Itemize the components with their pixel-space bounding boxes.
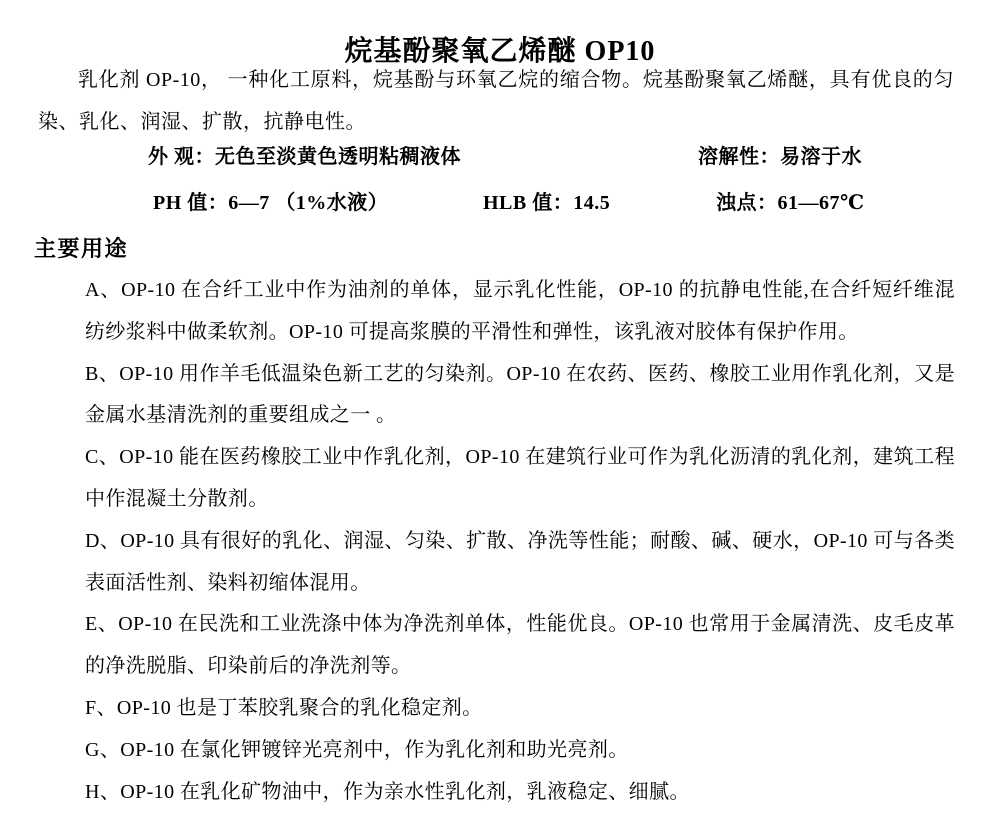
spec-solubility: 溶解性：易溶于水	[698, 140, 862, 169]
spec-cloud-point-value: 61—67℃	[778, 192, 865, 214]
uses-section-heading: 主要用途	[34, 232, 128, 263]
spec-cloud-point: 浊点：61—67℃	[716, 186, 864, 215]
specs-row-2: PH 值：6—7 （1%水液） HLB 值：14.5 浊点：61—67℃	[0, 186, 1000, 216]
spec-hlb-value: 14.5	[573, 192, 610, 214]
spec-hlb-label: HLB 值：	[483, 192, 573, 214]
use-item-f: F、OP-10 也是丁苯胶乳聚合的乳化稳定剂。	[85, 688, 955, 730]
use-item-c: C、OP-10 能在医药橡胶工业中作乳化剂，OP-10 在建筑行业可作为乳化沥清…	[85, 437, 955, 521]
specs-row-1: 外 观：无色至淡黄色透明粘稠液体 溶解性：易溶于水	[0, 140, 1000, 170]
spec-hlb: HLB 值：14.5	[483, 186, 610, 215]
spec-appearance: 外 观：无色至淡黄色透明粘稠液体	[148, 140, 461, 169]
uses-list: A、OP-10 在合纤工业中作为油剂的单体，显示乳化性能，OP-10 的抗静电性…	[85, 270, 955, 813]
use-item-h: H、OP-10 在乳化矿物油中，作为亲水性乳化剂，乳液稳定、细腻。	[85, 772, 955, 814]
spec-solubility-value: 易溶于水	[780, 146, 862, 168]
use-item-g: G、OP-10 在氯化钾镀锌光亮剂中，作为乳化剂和助光亮剂。	[85, 730, 955, 772]
use-item-a: A、OP-10 在合纤工业中作为油剂的单体，显示乳化性能，OP-10 的抗静电性…	[85, 270, 955, 354]
spec-ph-value: 6—7 （1%水液）	[228, 192, 388, 214]
spec-cloud-point-label: 浊点：	[716, 192, 778, 214]
use-item-b: B、OP-10 用作羊毛低温染色新工艺的匀染剂。OP-10 在农药、医药、橡胶工…	[85, 354, 955, 438]
use-item-e: E、OP-10 在民洗和工业洗涤中体为净洗剂单体，性能优良。OP-10 也常用于…	[85, 604, 955, 688]
spec-ph: PH 值：6—7 （1%水液）	[153, 186, 388, 215]
intro-paragraph: 乳化剂 OP-10， 一种化工原料，烷基酚与环氧乙烷的缩合物。烷基酚聚氧乙烯醚，…	[38, 59, 954, 143]
document-page: 烷基酚聚氧乙烯醚 OP10 乳化剂 OP-10， 一种化工原料，烷基酚与环氧乙烷…	[0, 0, 1000, 819]
spec-appearance-label: 外 观：	[148, 146, 215, 168]
spec-ph-label: PH 值：	[153, 192, 228, 214]
use-item-d: D、OP-10 具有很好的乳化、润湿、匀染、扩散、净洗等性能；耐酸、碱、硬水，O…	[85, 521, 955, 605]
spec-solubility-label: 溶解性：	[698, 146, 780, 168]
spec-appearance-value: 无色至淡黄色透明粘稠液体	[215, 146, 461, 168]
